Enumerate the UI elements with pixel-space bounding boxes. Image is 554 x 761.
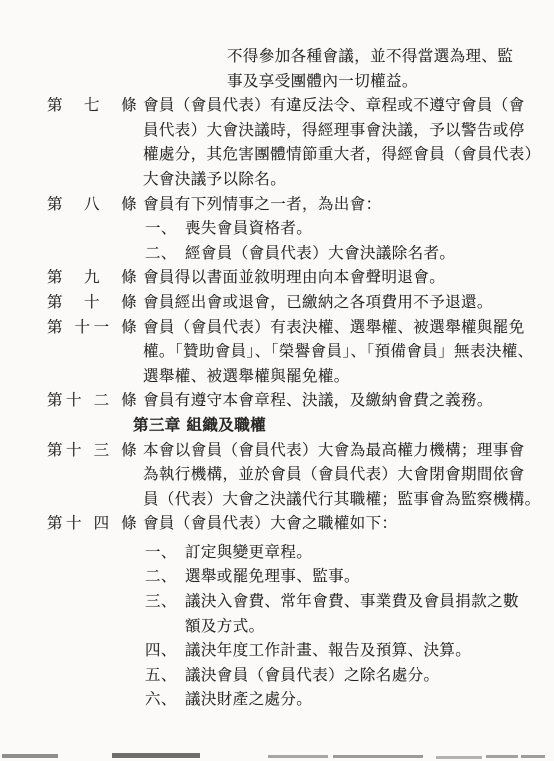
article-number: 第 八 條 [47, 192, 137, 217]
article-row: 第十 三 條本會以會員（會員代表）大會為最高權力機構；理事會 為執行機構，並於會… [47, 438, 547, 512]
article-text: 本會以會員（會員代表）大會為最高權力機構；理事會 為執行機構，並於會員（會員代表… [143, 438, 547, 512]
list-item: 一、喪失會員資格者。 [145, 216, 547, 241]
list-item-marker: 一、 [145, 540, 185, 565]
paragraph-continuation: 不得參加各種會議，並不得當選為理、監 事及享受團體內一切權益。 [227, 44, 547, 93]
article-number: 第 十 條 [47, 290, 137, 315]
article-text: 會員（會員代表）有表決權、選舉權、被選舉權與罷免 權。「贊助會員」、「榮譽會員」… [143, 315, 547, 389]
list-item: 二、選舉或罷免理事、監事。 [145, 564, 547, 589]
list-item: 六、議決財產之處分。 [145, 687, 547, 712]
article-row: 第 九 條會員得以書面並敘明理由向本會聲明退會。 [47, 265, 547, 290]
article-row: 第十 四 條會員（會員代表）大會之職權如下：一、訂定與變更章程。二、選舉或罷免理… [47, 511, 547, 712]
article-number: 第十 二 條 [47, 388, 137, 413]
scan-edge-artifact [333, 755, 423, 758]
scan-edge-artifact [436, 756, 482, 759]
article-head: 第 八 條會員有下列情事之一者，為出會： [47, 192, 547, 217]
scan-edge-artifact [112, 753, 200, 758]
article-head: 第 十 條會員經出會或退會，已繳納之各項費用不予退還。 [47, 290, 547, 315]
list-item-text: 選舉或罷免理事、監事。 [185, 564, 547, 589]
list-item-text: 議決年度工作計畫、報告及預算、決算。 [185, 638, 547, 663]
article-head: 第 七 條會員（會員代表）有違反法令、章程或不遵守會員（會 員代表）大會決議時，… [47, 93, 547, 191]
article-row: 第 八 條會員有下列情事之一者，為出會：一、喪失會員資格者。二、經會員（會員代表… [47, 192, 547, 266]
list-item-marker: 一、 [145, 216, 185, 241]
article-number: 第十 四 條 [47, 511, 137, 536]
list-item-text: 經會員（會員代表）大會決議除名者。 [185, 241, 547, 266]
article-row: 第 七 條會員（會員代表）有違反法令、章程或不遵守會員（會 員代表）大會決議時，… [47, 93, 547, 191]
article-head: 第十 二 條會員有遵守本會章程、決議，及繳納會費之義務。 [47, 388, 547, 413]
list-item-text: 議決入會費、常年會費、事業費及會員捐款之數 額及方式。 [185, 589, 547, 638]
article-text: 會員經出會或退會，已繳納之各項費用不予退還。 [143, 290, 547, 315]
list-item-marker: 四、 [145, 638, 185, 663]
article-head: 第 十一 條會員（會員代表）有表決權、選舉權、被選舉權與罷免 權。「贊助會員」、… [47, 315, 547, 389]
list-item-marker: 六、 [145, 687, 185, 712]
article-text: 會員得以書面並敘明理由向本會聲明退會。 [143, 265, 547, 290]
list-item: 二、經會員（會員代表）大會決議除名者。 [145, 241, 547, 266]
list-item-marker: 三、 [145, 589, 185, 614]
article-number: 第 九 條 [47, 265, 137, 290]
list-item-text: 議決會員（會員代表）之除名處分。 [185, 663, 547, 688]
list-item-marker: 二、 [145, 564, 185, 589]
document-flow: 不得參加各種會議，並不得當選為理、監 事及享受團體內一切權益。第 七 條會員（會… [47, 44, 547, 712]
scanned-document-page: 不得參加各種會議，並不得當選為理、監 事及享受團體內一切權益。第 七 條會員（會… [0, 0, 554, 761]
article-item-list: 一、訂定與變更章程。二、選舉或罷免理事、監事。三、議決入會費、常年會費、事業費及… [145, 540, 547, 712]
chapter-heading: 第三章 組織及職權 [133, 413, 547, 438]
article-row: 第十 二 條會員有遵守本會章程、決議，及繳納會費之義務。 [47, 388, 547, 413]
article-text: 會員有下列情事之一者，為出會： [143, 192, 547, 217]
list-item: 五、議決會員（會員代表）之除名處分。 [145, 663, 547, 688]
article-item-list: 一、喪失會員資格者。二、經會員（會員代表）大會決議除名者。 [145, 216, 547, 265]
scan-edge-artifact [2, 754, 58, 758]
article-head: 第 九 條會員得以書面並敘明理由向本會聲明退會。 [47, 265, 547, 290]
list-item-marker: 五、 [145, 663, 185, 688]
list-item: 一、訂定與變更章程。 [145, 540, 547, 565]
list-item-marker: 二、 [145, 241, 185, 266]
scan-edge-artifact [486, 755, 518, 758]
article-head: 第十 四 條會員（會員代表）大會之職權如下： [47, 511, 547, 536]
article-number: 第十 三 條 [47, 438, 137, 463]
article-text: 會員（會員代表）大會之職權如下： [143, 511, 547, 536]
article-head: 第十 三 條本會以會員（會員代表）大會為最高權力機構；理事會 為執行機構，並於會… [47, 438, 547, 512]
list-item: 四、議決年度工作計畫、報告及預算、決算。 [145, 638, 547, 663]
scan-edge-artifact [521, 755, 545, 758]
list-item: 三、議決入會費、常年會費、事業費及會員捐款之數 額及方式。 [145, 589, 547, 638]
list-item-text: 喪失會員資格者。 [185, 216, 547, 241]
article-row: 第 十一 條會員（會員代表）有表決權、選舉權、被選舉權與罷免 權。「贊助會員」、… [47, 315, 547, 389]
scan-edge-artifact [268, 755, 328, 758]
article-text: 會員有遵守本會章程、決議，及繳納會費之義務。 [143, 388, 547, 413]
article-row: 第 十 條會員經出會或退會，已繳納之各項費用不予退還。 [47, 290, 547, 315]
article-number: 第 十一 條 [47, 315, 137, 340]
article-text: 會員（會員代表）有違反法令、章程或不遵守會員（會 員代表）大會決議時，得經理事會… [143, 93, 547, 191]
article-number: 第 七 條 [47, 93, 137, 118]
list-item-text: 議決財產之處分。 [185, 687, 547, 712]
list-item-text: 訂定與變更章程。 [185, 540, 547, 565]
